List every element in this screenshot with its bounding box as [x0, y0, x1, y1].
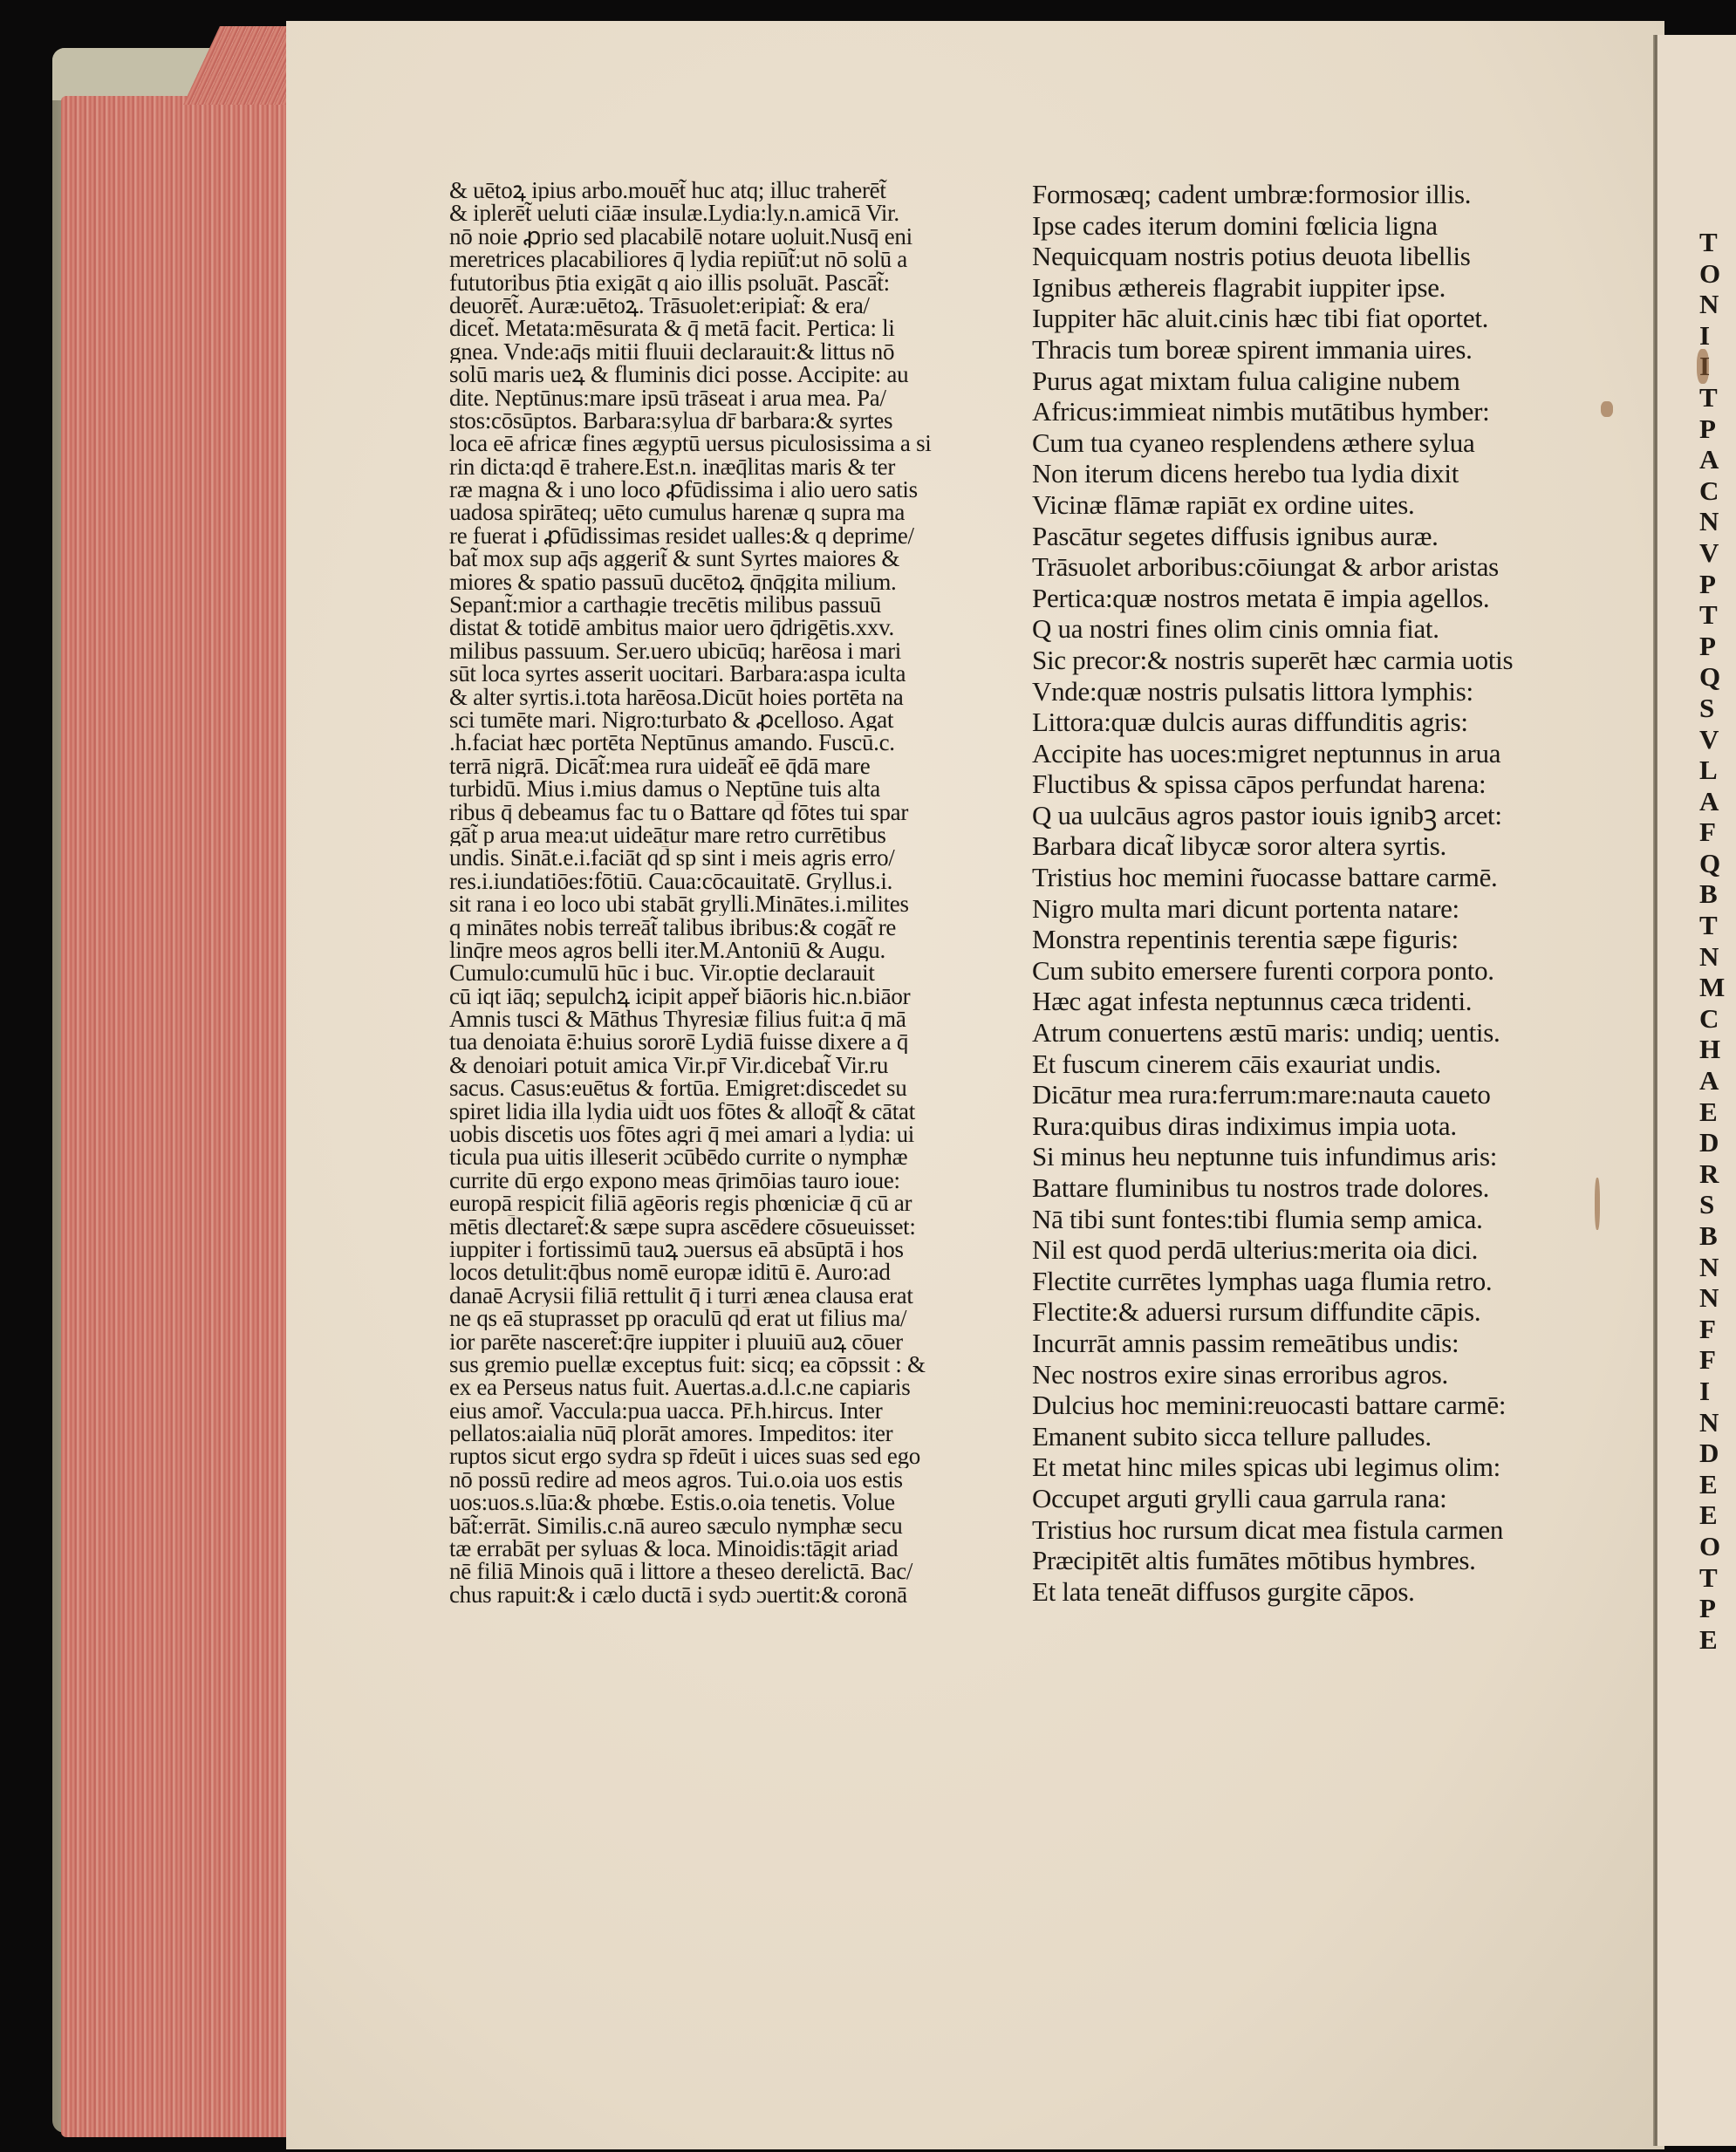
text-line: sci tumēte mari. Nigro:turbato & ꝓcellos… [449, 708, 1016, 731]
text-line: E [1699, 1500, 1736, 1531]
text-line: Thracis tum boreæ spirent immania uires. [1032, 334, 1590, 365]
text-line: T [1699, 1562, 1736, 1594]
text-line: A [1699, 1065, 1736, 1096]
text-line: uos:uos.s.lūa:& phœbe. Estis.o.oia tenet… [449, 1491, 1016, 1513]
text-line: Rura:quibus diras indiximus impia uota. [1032, 1110, 1590, 1142]
text-line: F [1699, 1344, 1736, 1376]
text-line: Hæc agat infesta neptunnus cæca tridenti… [1032, 986, 1590, 1017]
text-line: Et metat hinc miles spicas ubi legimus o… [1032, 1452, 1590, 1483]
text-line: ribus q̄ debeamus fac tu o Battare qd̄ f… [449, 801, 1016, 823]
text-line: L [1699, 755, 1736, 786]
text-line: milibus passuum. Ser.uero ubicūq; harēos… [449, 639, 1016, 662]
text-line: Cum tua cyaneo resplendens æthere sylua [1032, 427, 1590, 459]
text-line: Nil est quod perdā ulterius:merita oia d… [1032, 1234, 1590, 1266]
text-line: undis. Sināt.e.i.faciāt qd̄ sp sint i me… [449, 846, 1016, 869]
text-line: Dulcius hoc memini:reuocasti battare car… [1032, 1390, 1590, 1421]
text-line: Incurrāt amnis passim remeātibus undis: [1032, 1328, 1590, 1359]
text-line: uobis discetis uos fōtes agri q̄ mei ama… [449, 1123, 1016, 1145]
text-line: tæ errabāt per syluas & loca. Minoidis:t… [449, 1537, 1016, 1560]
text-line: Accipite has uoces:migret neptunnus in a… [1032, 738, 1590, 769]
text-line: europā respicit filiā agēoris regis phœn… [449, 1192, 1016, 1214]
text-line: B [1699, 1220, 1736, 1252]
text-line: Nā tibi sunt fontes:tibi flumia semp ami… [1032, 1204, 1590, 1235]
text-line: bat̃ mox sup aq̄s aggerit̃ & sunt Syrtes… [449, 547, 1016, 570]
text-line: solū maris ueꝝ & fluminis dici posse. Ac… [449, 363, 1016, 386]
text-line: I [1699, 320, 1736, 352]
text-line: re fuerat i ꝓfūdissimas residet ualles:&… [449, 524, 1016, 547]
text-line: Tristius hoc memini r̃uocasse battare ca… [1032, 862, 1590, 893]
text-line: Vicinæ flāmæ rapiāt ex ordine uites. [1032, 489, 1590, 521]
text-line: N [1699, 289, 1736, 320]
text-line: linq̄re meos agros belli iter.M.Antoniū … [449, 939, 1016, 961]
text-line: P [1699, 631, 1736, 662]
text-line: Flectite currētes lymphas uaga flumia re… [1032, 1266, 1590, 1297]
text-line: I [1699, 1376, 1736, 1407]
text-line: D [1699, 1127, 1736, 1158]
text-line: Formosæq; cadent umbræ:formosior illis. [1032, 179, 1590, 210]
text-line: ticula pua uitis illeserit ɔcūbēdo curri… [449, 1145, 1016, 1168]
text-line: S [1699, 693, 1736, 724]
text-line: Et lata teneāt diffusos gurgite cāpos. [1032, 1576, 1590, 1608]
text-line: deuorēt̃. Auræ:uētoꝝ. Trāsuolet:eripiat̃… [449, 294, 1016, 317]
text-line: Amnis tusci & Māthus Thyresiæ filius fui… [449, 1008, 1016, 1030]
ink-stain [1595, 1178, 1600, 1230]
text-line: spiret lidia illa lydia uid̄t uos fōtes … [449, 1100, 1016, 1123]
text-line: Sic precor:& nostris superēt hæc carmia … [1032, 645, 1590, 676]
text-line: ræ magna & i uno loco ꝓfūdissima i alio … [449, 478, 1016, 501]
text-line: Fluctibus & spissa cāpos perfundat haren… [1032, 769, 1590, 800]
text-line: ne qs eā stuprasset pp oraculū qd̄ erat … [449, 1307, 1016, 1329]
text-line: ex ea Perseus natus fuit. Auertas.a.d.l.… [449, 1376, 1016, 1398]
text-line: nō possū redire ad meos agros. Tui.o.oia… [449, 1468, 1016, 1491]
text-line: sus gremio puellæ exceptus fuit: sicq; e… [449, 1353, 1016, 1376]
text-line: P [1699, 413, 1736, 445]
text-line: & iplerēt̃ ueluti ciāæ insulæ.Lydia:ly.n… [449, 202, 1016, 224]
text-line: nē filiā Minois quā i littore a theseo d… [449, 1560, 1016, 1582]
text-line: B [1699, 878, 1736, 910]
text-line: q minātes nobis terreāt̃ talibus ibribus… [449, 916, 1016, 939]
text-line: Occupet arguti grylli caua garrula rana: [1032, 1483, 1590, 1514]
text-line: E [1699, 1096, 1736, 1128]
text-line: locos detulit:q̄bus nomē europæ iditū ē.… [449, 1260, 1016, 1283]
text-line: Cumulo:cumulū hūc i buc. Vir.optie decla… [449, 961, 1016, 984]
text-line: dite. Neptūnus:mare ipsū trāseat i arua … [449, 386, 1016, 409]
text-line: N [1699, 1252, 1736, 1283]
text-line: mētis d̄lectaret̃:& sæpe supra ascēdere … [449, 1215, 1016, 1238]
text-line: Sepant̃:mior a carthagie trecētis milibu… [449, 593, 1016, 616]
text-line: E [1699, 1624, 1736, 1656]
text-line: N [1699, 1407, 1736, 1438]
text-line: M [1699, 972, 1736, 1003]
text-line: pellatos:aialia nūq̄ plorāt amores. Impe… [449, 1422, 1016, 1445]
text-line: tua denoiata ē:huius sororē Lydiā fuisse… [449, 1030, 1016, 1053]
text-line: Non iterum dicens herebo tua lydia dixit [1032, 458, 1590, 489]
text-line: Pascātur segetes diffusis ignibus auræ. [1032, 521, 1590, 552]
text-line: T [1699, 910, 1736, 941]
ink-stain [1697, 349, 1709, 384]
text-line: Pertica:quæ nostros metata ē impia agell… [1032, 583, 1590, 614]
text-line: chus rapuit:& i cælo ductā i sydɔ ɔuerti… [449, 1583, 1016, 1606]
text-line: T [1699, 227, 1736, 258]
text-line: iuppiter i fortissimū tauꝝ ɔuersus eā ab… [449, 1238, 1016, 1260]
text-line: Dicātur mea rura:ferrum:mare:nauta cauet… [1032, 1079, 1590, 1110]
right-page-initials: TONIITPACNVPTPQSVLAFQBTNMCHAEDRSBNNFFIND… [1699, 227, 1736, 1655]
text-line: Nec nostros exire sinas erroribus agros. [1032, 1359, 1590, 1390]
text-line: res.i.iundatiōes:fōtiū. Caua:cōcauitatē.… [449, 870, 1016, 892]
verse-column: Formosæq; cadent umbræ:formosior illis.I… [1032, 179, 1590, 1607]
text-line: O [1699, 1531, 1736, 1562]
text-line: danaē Acrysii filiā rettulit q̄ i turri … [449, 1284, 1016, 1307]
text-line: Et fuscum cinerem cāis exauriat undis. [1032, 1049, 1590, 1080]
text-line: R [1699, 1158, 1736, 1190]
text-line: T [1699, 382, 1736, 413]
text-line: fututoribus p̄tia exigāt q aio illis pso… [449, 271, 1016, 294]
text-line: Q ua uulcāus agros pastor iouis ignibꝫ a… [1032, 800, 1590, 831]
text-line: loca eē africæ fines ægyptū uersus picul… [449, 432, 1016, 454]
text-line: Purus agat mixtam fulua caligine nubem [1032, 365, 1590, 397]
text-line: Si minus heu neptunne tuis infundimus ar… [1032, 1141, 1590, 1172]
text-line: H [1699, 1034, 1736, 1065]
text-line: bāt̃:errāt. Similis.c.nā aureo sæculo ny… [449, 1514, 1016, 1537]
text-line: Nequicquam nostris potius deuota libelli… [1032, 241, 1590, 272]
text-line: Monstra repentinis terentia sæpe figuris… [1032, 924, 1590, 955]
text-line: O [1699, 258, 1736, 290]
text-line: Littora:quæ dulcis auras diffunditis agr… [1032, 707, 1590, 738]
text-line: Vnde:quæ nostris pulsatis littora lymphi… [1032, 676, 1590, 707]
text-line: eius amor̃. Vaccula:pua uacca. Pr̄.h.hir… [449, 1399, 1016, 1422]
ink-stain [1601, 401, 1613, 417]
text-line: currite dū ergo expono meas q̄rimōias ta… [449, 1169, 1016, 1192]
text-line: C [1699, 475, 1736, 507]
text-line: Q [1699, 848, 1736, 879]
text-line: cū iqt iāq; sepulchꝝ icipit appeř biāori… [449, 985, 1016, 1008]
text-line: F [1699, 816, 1736, 848]
text-line: D [1699, 1438, 1736, 1469]
text-line: uadosa spirāteq; uēto cumulus harenæ q s… [449, 501, 1016, 523]
text-line: A [1699, 444, 1736, 475]
text-line: Barbara dicat̃ libycæ soror altera syrti… [1032, 830, 1590, 862]
text-line: Ignibus æthereis flagrabit iuppiter ipse… [1032, 272, 1590, 304]
text-line: Flectite:& aduersi rursum diffundite cāp… [1032, 1296, 1590, 1328]
text-line: N [1699, 941, 1736, 973]
text-line: turbidū. Mius i.mius damus o Neptūne tui… [449, 777, 1016, 800]
text-line: C [1699, 1003, 1736, 1035]
text-line: V [1699, 724, 1736, 755]
text-line: sit rana i eo loco ubi stabāt grylli.Min… [449, 892, 1016, 915]
text-line: & uētoꝝ ipius arbo.mouēt̃ huc atq; illuc… [449, 179, 1016, 202]
red-fore-edge [61, 96, 288, 2137]
text-line: gnea. Vnde:aq̄s mitii fluuii declarauit:… [449, 340, 1016, 363]
text-line: distat & totidē ambitus maior uero q̄dri… [449, 616, 1016, 639]
text-line: rin dicta:qd ē trahere.Est.n. inæq̄litas… [449, 455, 1016, 478]
text-line: Q [1699, 661, 1736, 693]
text-line: P [1699, 1593, 1736, 1624]
text-line: F [1699, 1314, 1736, 1345]
text-line: T [1699, 599, 1736, 631]
text-line: Emanent subito sicca tellure palludes. [1032, 1421, 1590, 1452]
text-line: V [1699, 537, 1736, 569]
text-line: N [1699, 1282, 1736, 1314]
text-line: E [1699, 1469, 1736, 1500]
text-line: Cum subito emersere furenti corpora pont… [1032, 955, 1590, 987]
text-line: S [1699, 1189, 1736, 1220]
text-line: meretrices placabiliores q̄ lydia repiūt… [449, 248, 1016, 270]
text-line: gāt̃ p arua mea:ut uideātur mare retro c… [449, 823, 1016, 846]
text-line: Tristius hoc rursum dicat mea fistula ca… [1032, 1514, 1590, 1546]
commentary-column: & uētoꝝ ipius arbo.mouēt̃ huc atq; illuc… [449, 179, 1016, 1606]
text-line: Præcipitēt altis fumātes mōtibus hymbres… [1032, 1545, 1590, 1576]
text-line: terrā nigrā. Dicāt̃:mea rura uideāt̃ eē … [449, 755, 1016, 777]
text-line: Q ua nostri fines olim cinis omnia fiat. [1032, 613, 1590, 645]
text-line: Africus:immieat nimbis mutātibus hymber: [1032, 396, 1590, 427]
text-line: & denoiari potuit amica Vir.pr̄ Vir.dice… [449, 1054, 1016, 1076]
text-line: Nigro multa mari dicunt portenta natare: [1032, 893, 1590, 925]
text-line: ruptos sicut ergo sydra sp r̄deūt i uice… [449, 1445, 1016, 1467]
text-line: .h.faciat hæc portēta Neptūnus amando. F… [449, 731, 1016, 754]
text-line: A [1699, 786, 1736, 817]
text-line: Iuppiter hāc aluit.cinis hæc tibi fiat o… [1032, 303, 1590, 334]
text-line: ior parēte nasceret̃:q̄re iuppiter i plu… [449, 1330, 1016, 1353]
text-line: sūt loca syrtes asserit uocitari. Barbar… [449, 662, 1016, 685]
text-line: Battare fluminibus tu nostros trade dolo… [1032, 1172, 1590, 1204]
text-line: Ipse cades iterum domini fœlicia ligna [1032, 210, 1590, 242]
text-line: stos:cōsūptos. Barbara:sylua dr̄ barbara… [449, 409, 1016, 432]
text-line: nō noie ꝓprio sed placabilē notare uolui… [449, 225, 1016, 248]
text-line: P [1699, 569, 1736, 600]
text-line: N [1699, 506, 1736, 537]
text-line: miores & spatio passuū ducētoꝝ q̄nq̄gita… [449, 570, 1016, 593]
text-line: dicet̃. Metata:mēsurata & q̄ metā facit.… [449, 317, 1016, 339]
text-line: Trāsuolet arboribus:cōiungat & arbor ari… [1032, 551, 1590, 583]
text-line: & alter syrtis.i.tota harēosa.Dicūt hoie… [449, 686, 1016, 708]
text-line: sacus. Casus:euētus & fortūa. Emigret:di… [449, 1076, 1016, 1099]
text-line: Atrum conuertens æstū maris: undiq; uent… [1032, 1017, 1590, 1049]
